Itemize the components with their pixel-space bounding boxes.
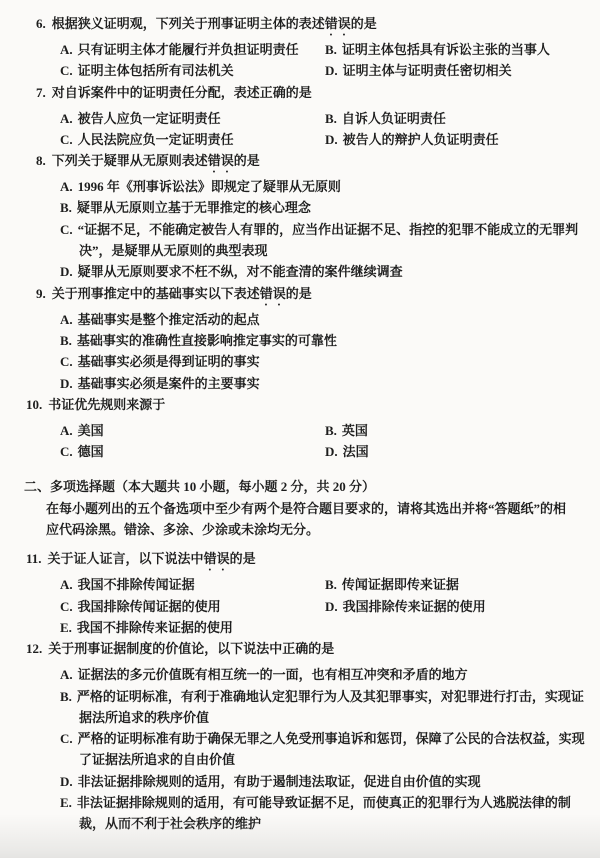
question-8: 8.下列关于疑罪从无原则表述错误的是 A.1996 年《刑事诉讼法》即规定了疑罪…	[0, 150, 600, 282]
option-b: B.疑罪从无原则立基于无罪推定的核心理念	[60, 197, 588, 218]
option-d: D.证明主体与证明责任密切相关	[325, 60, 592, 81]
option-label: C.	[60, 222, 73, 237]
option-label: B.	[60, 333, 72, 348]
stem-text: 书证优先规则来源于	[48, 397, 165, 412]
option-text: 证明主体与证明责任密切相关	[343, 63, 512, 78]
stem-text: 下列关于疑罪从无原则表述	[52, 153, 208, 168]
option-text: 证明主体包括所有司法机关	[78, 63, 234, 78]
option-text: 自诉人负证明责任	[342, 111, 446, 126]
option-text: 德国	[78, 444, 104, 459]
question-stem: 10.书证优先规则来源于	[26, 394, 600, 420]
option-b: B.证明主体包括具有诉讼主张的当事人	[325, 39, 592, 60]
option-label: B.	[325, 423, 337, 438]
stem-emphasis: 错误	[325, 16, 351, 31]
stem-text: 根据狭义证明观，下列关于刑事证明主体的表述	[52, 16, 325, 31]
option-label: D.	[60, 376, 73, 391]
option-label: C.	[60, 444, 73, 459]
option-d: D.疑罪从无原则要求不枉不纵，对不能查清的案件继续调查	[60, 261, 588, 282]
question-11: 11.关于证人证言，以下说法中错误的是 A.我国不排除传闻证据 B.传闻证据即传…	[0, 548, 600, 638]
question-number: 10.	[26, 397, 42, 412]
option-text: 基础事实的准确性直接影响推定事实的可靠性	[77, 333, 337, 348]
option-b: B.传闻证据即传来证据	[325, 574, 592, 595]
option-d: D.被告人的辩护人负证明责任	[325, 129, 592, 150]
option-label: A.	[60, 423, 73, 438]
exam-page: 6.根据狭义证明观，下列关于刑事证明主体的表述错误的是 A.只有证明主体才能履行…	[0, 0, 600, 858]
option-d: D.法国	[325, 441, 592, 462]
option-a: A.证据法的多元价值既有相互统一的一面，也有相互冲突和矛盾的地方	[60, 664, 588, 685]
option-text: 非法证据排除规则的适用，有助于遏制违法取证，促进自由价值的实现	[78, 774, 481, 789]
stem-emphasis: 错误	[260, 286, 286, 301]
question-number: 8.	[36, 153, 46, 168]
option-label: B.	[325, 577, 337, 592]
question-10: 10.书证优先规则来源于 A.美国 B.英国 C.德国 D.法国	[0, 394, 600, 463]
option-list: A.1996 年《刑事诉讼法》即规定了疑罪从无原则 B.疑罪从无原则立基于无罪推…	[60, 176, 588, 282]
option-c: C.基础事实必须是得到证明的事实	[60, 351, 588, 372]
option-text: 非法证据排除规则的适用，有可能导致证据不足，而使真正的犯罪行为人逃脱法律的制裁，…	[77, 795, 571, 831]
question-stem: 12.关于刑事证据制度的价值论，以下说法中正确的是	[26, 638, 600, 664]
option-text: 我国不排除传来证据的使用	[77, 620, 233, 635]
stem-emphasis: 错误	[208, 153, 234, 168]
question-number: 7.	[36, 85, 46, 100]
question-9: 9.关于刑事推定中的基础事实以下表述错误的是 A.基础事实是整个推定活动的起点 …	[0, 283, 600, 394]
option-row: A.美国 B.英国	[60, 420, 592, 441]
option-c: C.“证据不足，不能确定被告人有罪的，应当作出证据不足、指控的犯罪不能成立的无罪…	[60, 219, 588, 262]
option-text: 疑罪从无原则立基于无罪推定的核心理念	[77, 200, 311, 215]
question-number: 6.	[36, 16, 46, 31]
question-12: 12.关于刑事证据制度的价值论，以下说法中正确的是 A.证据法的多元价值既有相互…	[0, 638, 600, 834]
option-a: A.只有证明主体才能履行并负担证明责任	[60, 39, 325, 60]
question-number: 11.	[26, 551, 42, 566]
question-stem: 9.关于刑事推定中的基础事实以下表述错误的是	[36, 283, 600, 309]
stem-text: 的是	[234, 153, 260, 168]
option-b: B.基础事实的准确性直接影响推定事实的可靠性	[60, 330, 588, 351]
option-label: B.	[325, 111, 337, 126]
option-label: A.	[60, 42, 73, 57]
option-row: A.只有证明主体才能履行并负担证明责任 B.证明主体包括具有诉讼主张的当事人	[60, 39, 592, 60]
option-text: 英国	[342, 423, 368, 438]
option-list: E.我国不排除传来证据的使用	[60, 617, 588, 638]
option-text: 基础事实必须是得到证明的事实	[78, 354, 260, 369]
option-b: B.自诉人负证明责任	[325, 108, 592, 129]
option-text: 人民法院应负一定证明责任	[78, 132, 234, 147]
option-b: B.英国	[325, 420, 592, 441]
stem-text: 的是	[286, 286, 312, 301]
question-stem: 6.根据狭义证明观，下列关于刑事证明主体的表述错误的是	[36, 13, 600, 39]
option-a: A.基础事实是整个推定活动的起点	[60, 309, 588, 330]
option-text: 证据法的多元价值既有相互统一的一面，也有相互冲突和矛盾的地方	[78, 667, 468, 682]
option-label: C.	[60, 354, 73, 369]
option-label: D.	[60, 774, 73, 789]
option-a: A.被告人应负一定证明责任	[60, 108, 325, 129]
question-7: 7.对自诉案件中的证明责任分配，表述正确的是 A.被告人应负一定证明责任 B.自…	[0, 82, 600, 151]
option-label: A.	[60, 312, 73, 327]
option-label: A.	[60, 179, 73, 194]
option-row: C.德国 D.法国	[60, 441, 592, 462]
section-title: 二、多项选择题（本大题共 10 小题，每小题 2 分，共 20 分）	[24, 476, 600, 497]
stem-text: 对自诉案件中的证明责任分配，表述正确的是	[52, 85, 312, 100]
question-stem: 7.对自诉案件中的证明责任分配，表述正确的是	[36, 82, 600, 108]
stem-text: 的是	[230, 551, 256, 566]
section-instructions: 在每小题列出的五个备选项中至少有两个是符合题目要求的，请将其选出并将“答题纸”的…	[46, 498, 578, 541]
option-a: A.美国	[60, 420, 325, 441]
section-2-header: 二、多项选择题（本大题共 10 小题，每小题 2 分，共 20 分） 在每小题列…	[0, 476, 600, 540]
option-label: A.	[60, 667, 73, 682]
option-a: A.1996 年《刑事诉讼法》即规定了疑罪从无原则	[60, 176, 588, 197]
option-text: 只有证明主体才能履行并负担证明责任	[78, 42, 299, 57]
option-label: B.	[60, 200, 72, 215]
option-text: 被告人的辩护人负证明责任	[343, 132, 499, 147]
question-stem: 8.下列关于疑罪从无原则表述错误的是	[36, 150, 600, 176]
option-label: D.	[60, 264, 73, 279]
option-label: D.	[325, 599, 338, 614]
option-text: 严格的证明标准有助于确保无罪之人免受刑事追诉和惩罚，保障了公民的合法权益，实现了…	[78, 731, 585, 767]
option-text: 被告人应负一定证明责任	[78, 111, 221, 126]
option-label: A.	[60, 577, 73, 592]
option-label: E.	[60, 620, 72, 635]
option-e: E.非法证据排除规则的适用，有可能导致证据不足，而使真正的犯罪行为人逃脱法律的制…	[60, 792, 588, 835]
question-number: 12.	[26, 641, 42, 656]
option-label: B.	[60, 689, 72, 704]
question-stem: 11.关于证人证言，以下说法中错误的是	[26, 548, 600, 574]
option-label: C.	[60, 63, 73, 78]
option-text: 我国排除传闻证据的使用	[78, 599, 221, 614]
option-d: D.基础事实必须是案件的主要事实	[60, 373, 588, 394]
stem-emphasis: 错误	[204, 551, 230, 566]
option-row: C.证明主体包括所有司法机关 D.证明主体与证明责任密切相关	[60, 60, 592, 81]
question-6: 6.根据狭义证明观，下列关于刑事证明主体的表述错误的是 A.只有证明主体才能履行…	[0, 13, 600, 82]
option-text: 我国排除传来证据的使用	[343, 599, 486, 614]
option-text: 传闻证据即传来证据	[342, 577, 459, 592]
option-label: C.	[60, 599, 73, 614]
option-text: 证明主体包括具有诉讼主张的当事人	[342, 42, 550, 57]
stem-text: 关于证人证言，以下说法中	[48, 551, 204, 566]
option-text: 疑罪从无原则要求不枉不纵，对不能查清的案件继续调查	[78, 264, 403, 279]
option-text: 严格的证明标准，有利于准确地认定犯罪行为人及其犯罪事实，对犯罪进行打击，实现证据…	[77, 689, 584, 725]
option-list: A.证据法的多元价值既有相互统一的一面，也有相互冲突和矛盾的地方 B.严格的证明…	[60, 664, 588, 834]
option-list: A.基础事实是整个推定活动的起点 B.基础事实的准确性直接影响推定事实的可靠性 …	[60, 309, 588, 394]
option-c: C.严格的证明标准有助于确保无罪之人免受刑事追诉和惩罚，保障了公民的合法权益，实…	[60, 728, 588, 771]
option-label: A.	[60, 111, 73, 126]
option-row: A.被告人应负一定证明责任 B.自诉人负证明责任	[60, 108, 592, 129]
question-number: 9.	[36, 286, 46, 301]
option-text: 美国	[78, 423, 104, 438]
option-row: C.人民法院应负一定证明责任 D.被告人的辩护人负证明责任	[60, 129, 592, 150]
option-a: A.我国不排除传闻证据	[60, 574, 325, 595]
option-c: C.证明主体包括所有司法机关	[60, 60, 325, 81]
option-text: 基础事实必须是案件的主要事实	[78, 376, 260, 391]
option-label: C.	[60, 731, 73, 746]
option-text: “证据不足，不能确定被告人有罪的，应当作出证据不足、指控的犯罪不能成立的无罪判决…	[78, 222, 579, 258]
option-d: D.我国排除传来证据的使用	[325, 596, 592, 617]
option-c: C.我国排除传闻证据的使用	[60, 596, 325, 617]
option-b: B.严格的证明标准，有利于准确地认定犯罪行为人及其犯罪事实，对犯罪进行打击，实现…	[60, 686, 588, 729]
option-e: E.我国不排除传来证据的使用	[60, 617, 588, 638]
option-text: 基础事实是整个推定活动的起点	[78, 312, 260, 327]
option-text: 1996 年《刑事诉讼法》即规定了疑罪从无原则	[78, 179, 341, 194]
option-c: C.德国	[60, 441, 325, 462]
option-label: E.	[60, 795, 72, 810]
option-label: C.	[60, 132, 73, 147]
option-row: C.我国排除传闻证据的使用 D.我国排除传来证据的使用	[60, 596, 592, 617]
option-c: C.人民法院应负一定证明责任	[60, 129, 325, 150]
option-label: D.	[325, 132, 338, 147]
option-row: A.我国不排除传闻证据 B.传闻证据即传来证据	[60, 574, 592, 595]
option-text: 我国不排除传闻证据	[78, 577, 195, 592]
option-label: B.	[325, 42, 337, 57]
option-d: D.非法证据排除规则的适用，有助于遏制违法取证，促进自由价值的实现	[60, 771, 588, 792]
stem-text: 关于刑事证据制度的价值论，以下说法中正确的是	[48, 641, 334, 656]
stem-text: 关于刑事推定中的基础事实以下表述	[52, 286, 260, 301]
option-label: D.	[325, 63, 338, 78]
option-label: D.	[325, 444, 338, 459]
stem-text: 的是	[351, 16, 377, 31]
option-text: 法国	[343, 444, 369, 459]
